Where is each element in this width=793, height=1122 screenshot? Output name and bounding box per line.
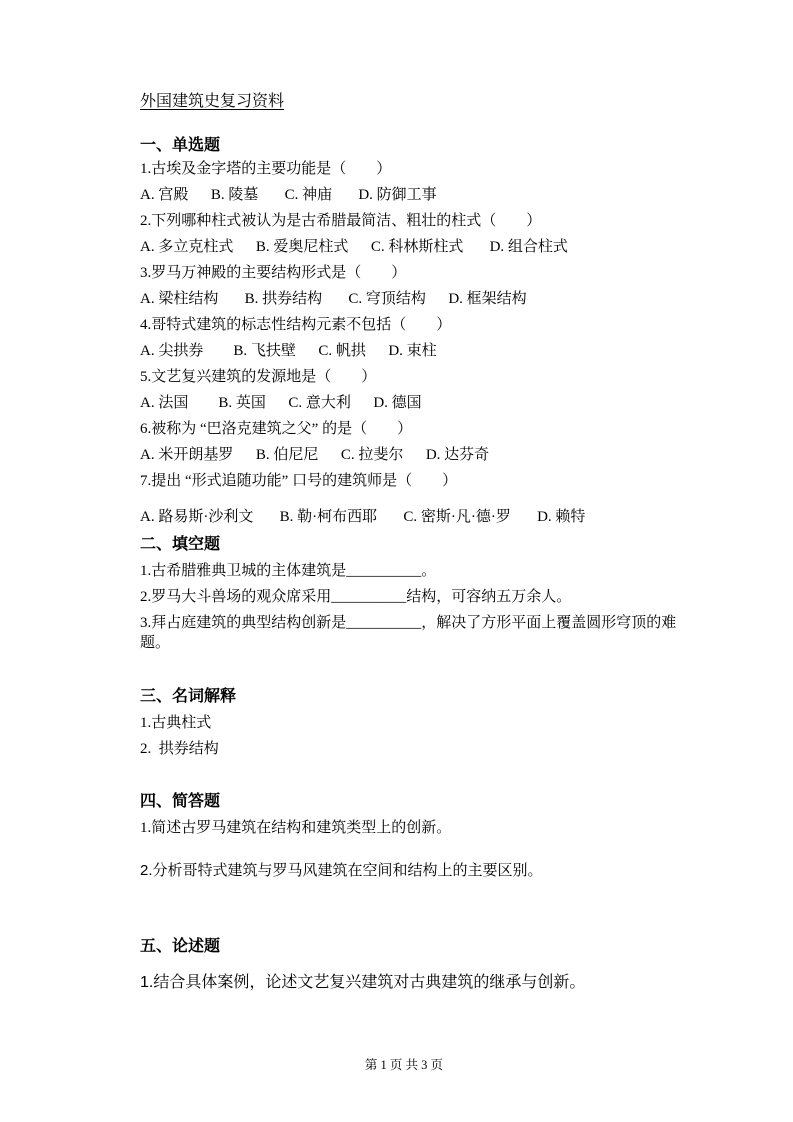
section-heading-fill-blank: 二、填空题 — [140, 534, 683, 556]
document-page: 外国建筑史复习资料 一、单选题 1.古埃及金字塔的主要功能是（ ） A. 宫殿 … — [0, 0, 793, 1122]
section-heading-single-choice: 一、单选题 — [140, 135, 683, 157]
question-line: 3.罗马万神殿的主要结构形式是（ ） — [140, 263, 683, 283]
question-line: 4.哥特式建筑的标志性结构元素不包括（ ） — [140, 315, 683, 335]
question-line: 2.下列哪种柱式被认为是古希腊最简洁、粗壮的柱式（ ） — [140, 211, 683, 231]
fill-blank-line: 2.罗马大斗兽场的观众席采用__________结构，可容纳五万余人。 — [140, 587, 683, 607]
options-line: A. 尖拱券 B. 飞扶壁 C. 帆拱 D. 束柱 — [140, 341, 683, 361]
section-heading-term-explanation: 三、名词解释 — [140, 686, 683, 708]
question-line: 6.被称为 “巴洛克建筑之父” 的是（ ） — [140, 419, 683, 439]
section-heading-short-answer: 四、简答题 — [140, 791, 683, 813]
question-line: 5.文艺复兴建筑的发源地是（ ） — [140, 367, 683, 387]
options-line: A. 梁柱结构 B. 拱券结构 C. 穹顶结构 D. 框架结构 — [140, 289, 683, 309]
term-line: 1.古典柱式 — [140, 713, 683, 733]
question-line: 1.古埃及金字塔的主要功能是（ ） — [140, 159, 683, 179]
essay-line: 1.结合具体案例，论述文艺复兴建筑对古典建筑的继承与创新。 — [140, 972, 683, 994]
options-line: A. 宫殿 B. 陵墓 C. 神庙 D. 防御工事 — [140, 185, 683, 205]
question-line: 7.提出 “形式追随功能” 口号的建筑师是（ ） — [140, 471, 683, 491]
fill-blank-line: 1.古希腊雅典卫城的主体建筑是__________。 — [140, 561, 683, 581]
short-answer-line: 2.分析哥特式建筑与罗马风建筑在空间和结构上的主要区别。 — [140, 861, 683, 881]
short-answer-line: 1.简述古罗马建筑在结构和建筑类型上的创新。 — [140, 818, 683, 838]
section-heading-essay: 五、论述题 — [140, 936, 683, 958]
term-line: 2. 拱券结构 — [140, 739, 683, 759]
document-title: 外国建筑史复习资料 — [140, 92, 683, 112]
options-line: A. 米开朗基罗 B. 伯尼尼 C. 拉斐尔 D. 达芬奇 — [140, 445, 683, 465]
options-line: A. 路易斯·沙利文 B. 勒·柯布西耶 C. 密斯·凡·德·罗 D. 赖特 — [140, 507, 683, 527]
options-line: A. 法国 B. 英国 C. 意大利 D. 德国 — [140, 393, 683, 413]
fill-blank-line: 3.拜占庭建筑的典型结构创新是__________，解决了方形平面上覆盖圆形穹顶… — [140, 613, 683, 653]
options-line: A. 多立克柱式 B. 爱奥尼柱式 C. 科林斯柱式 D. 组合柱式 — [140, 237, 683, 257]
page-footer: 第 1 页 共 3 页 — [125, 1057, 683, 1073]
